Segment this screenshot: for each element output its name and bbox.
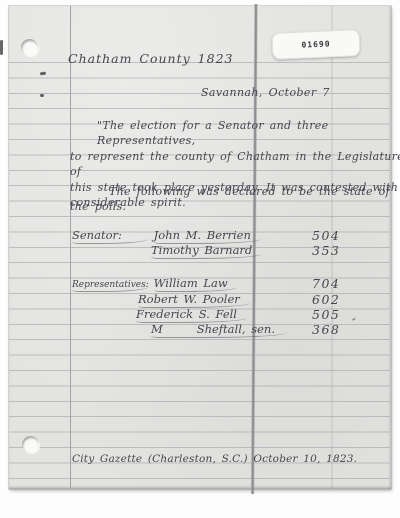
margin-line (70, 6, 71, 489)
notebook-paper: 01690 Chatham County 1823 Savannah, Octo… (9, 6, 391, 489)
scanned-page: 01690 Chatham County 1823 Savannah, Octo… (0, 0, 400, 518)
barcode-number: 01690 (301, 39, 330, 49)
barcode-sticker: 01690 (271, 29, 360, 60)
punch-hole-bottom (22, 436, 39, 453)
vote-count: 368 (312, 322, 340, 337)
body-line: The following was declared to be the sta… (70, 184, 400, 199)
vote-count: 504 (312, 228, 340, 243)
dateline: Savannah, October 7 (201, 86, 330, 99)
candidate-name: John M. Berrien (154, 228, 261, 244)
punch-hole-top (21, 39, 38, 56)
stray-mark: ″ (352, 318, 356, 329)
citation: City Gazette (Charleston, S.C.) October … (72, 453, 357, 465)
representatives-label: Representatives: (72, 280, 148, 292)
vote-count: 704 (312, 276, 340, 291)
candidate-name: M Sheftall, sen. (151, 322, 285, 338)
vote-count: 505 (312, 307, 340, 322)
representative-row: Robert W. Pooler 602 (72, 292, 382, 308)
body-line: "The election for a Senator and three Re… (70, 118, 400, 149)
senator-label: Senator: (72, 228, 148, 244)
page-title: Chatham County 1823 (68, 51, 233, 66)
representative-row: Frederick S. Fell 505 (72, 307, 382, 323)
vote-count: 353 (312, 243, 340, 258)
scan-edge-smudge (0, 40, 3, 55)
body-paragraph: The following was declared to be the sta… (70, 184, 400, 215)
body-line: to represent the county of Chatham in th… (70, 149, 400, 180)
senator-row: Timothy Barnard 353 (72, 243, 382, 259)
candidate-name: Frederick S. Fell (136, 307, 247, 323)
candidate-name: William Law (154, 276, 238, 292)
body-line: the polls. (70, 199, 400, 214)
representative-row: Representatives: William Law 704 (72, 276, 382, 292)
vote-count: 602 (312, 292, 340, 307)
candidate-name: Timothy Barnard (151, 243, 262, 259)
ink-smudge (40, 94, 44, 97)
candidate-name: Robert W. Pooler (138, 292, 250, 308)
representative-row: M Sheftall, sen. 368 (72, 322, 382, 338)
senator-row: Senator: John M. Berrien 504 (72, 228, 382, 244)
